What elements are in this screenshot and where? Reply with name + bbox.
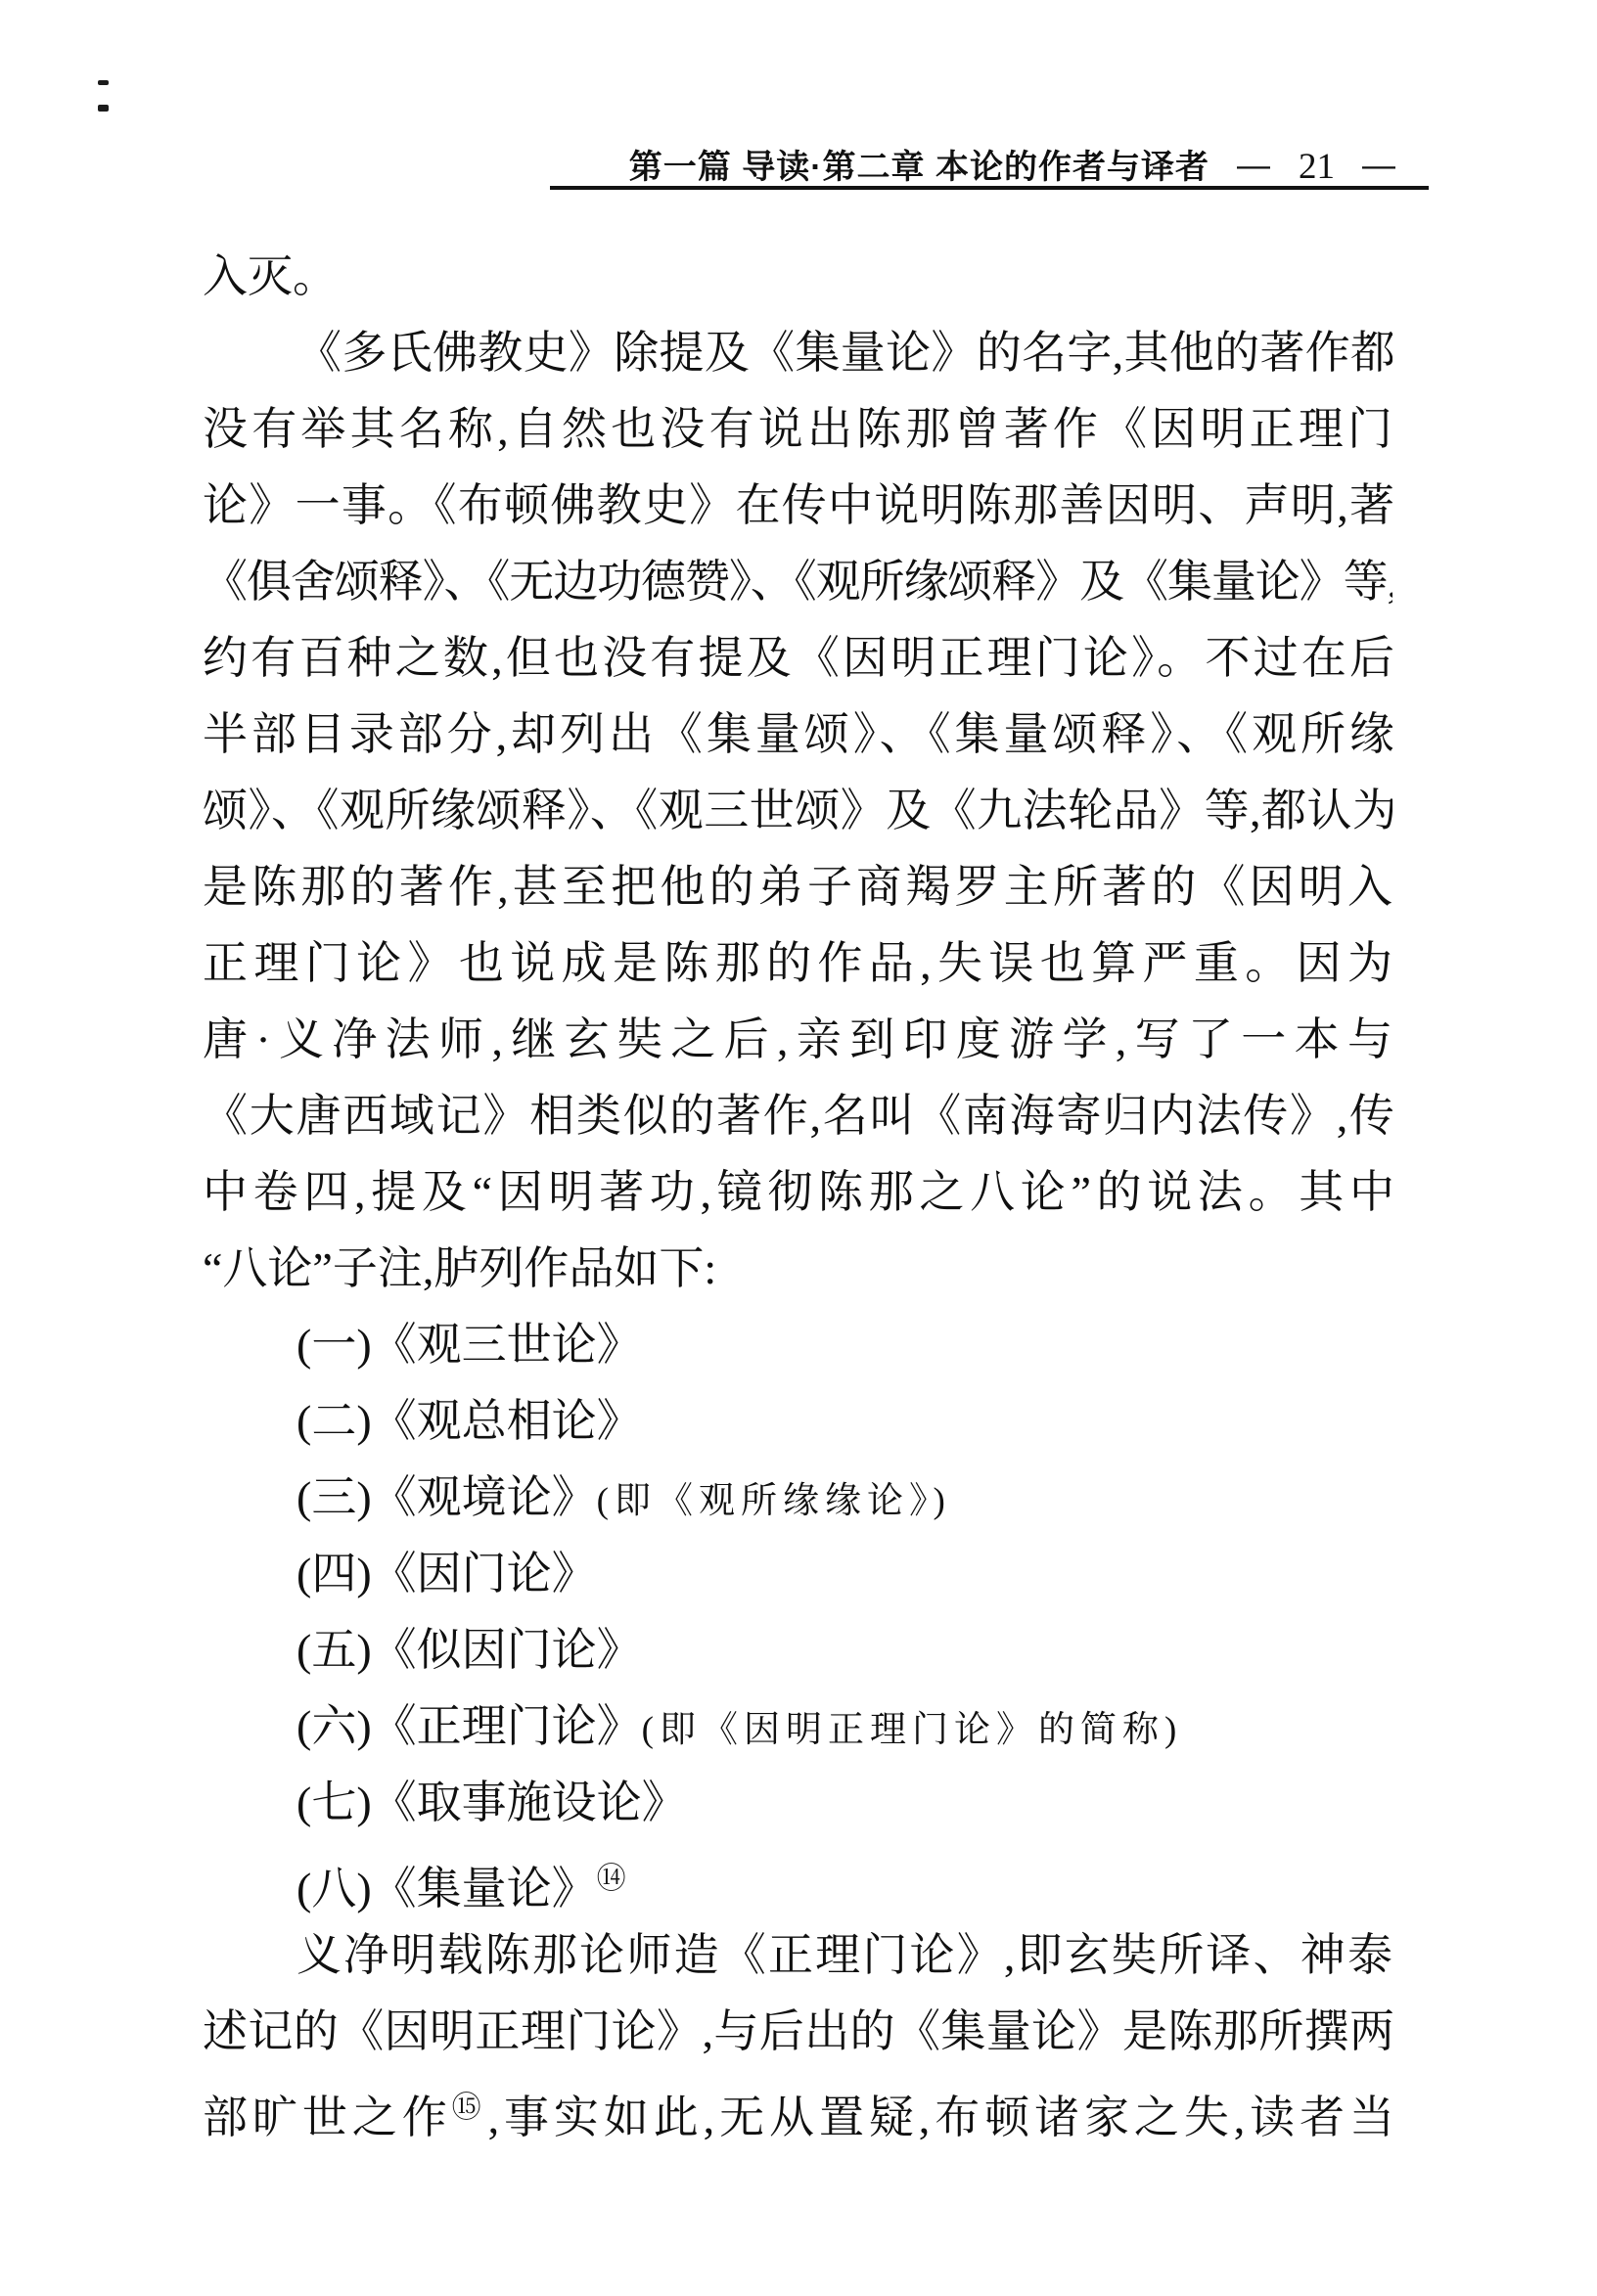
list-item-1: (一)《观三世论》 bbox=[203, 1307, 1392, 1383]
body-line: 论》一事。《布顿佛教史》在传中说明陈那善因明、声明,著 bbox=[203, 468, 1392, 544]
body-line: 正理门论》也说成是陈那的作品,失误也算严重。因为 bbox=[203, 925, 1392, 1002]
text-run: 约有百种之数,但也没有提及《因明正理门论》。不过在后 bbox=[203, 633, 1392, 683]
text-run: 义净明载陈那论师造《正理门论》,即玄奘所译、神泰 bbox=[297, 1930, 1392, 1980]
text-run: 没有举其名称,自然也没有说出陈那曾著作《因明正理门 bbox=[203, 404, 1392, 454]
text-run: 《俱舍颂释》、《无边功德赞》、《观所缘颂释》及《集量论》等, bbox=[203, 557, 1392, 607]
footnote-marker: ⑮ bbox=[452, 2091, 488, 2125]
body-line: 中卷四,提及“因明著功,镜彻陈那之八论”的说法。其中 bbox=[203, 1154, 1392, 1231]
list-item-6: (六)《正理门论》(即《因明正理门论》的简称) bbox=[203, 1688, 1392, 1765]
header-rule bbox=[550, 186, 1429, 190]
text-run: (二)《观总相论》 bbox=[297, 1396, 642, 1446]
text-run: 颂》、《观所缘颂释》、《观三世颂》及《九法轮品》等,都认为 bbox=[203, 786, 1392, 835]
list-item-4: (四)《因门论》 bbox=[203, 1536, 1392, 1612]
list-item-2: (二)《观总相论》 bbox=[203, 1383, 1392, 1460]
text-run: “八论”子注,胪列作品如下: bbox=[203, 1243, 716, 1293]
list-item-5: (五)《似因门论》 bbox=[203, 1612, 1392, 1688]
text-run: 中卷四,提及“因明著功,镜彻陈那之八论”的说法。其中 bbox=[203, 1167, 1392, 1217]
text-run: (即《因明正理门论》的简称) bbox=[642, 1710, 1183, 1750]
body-line: 是陈那的著作,甚至把他的弟子商羯罗主所著的《因明入 bbox=[203, 849, 1392, 925]
list-item-7: (七)《取事施设论》 bbox=[203, 1765, 1392, 1841]
text-run: 是陈那的著作,甚至把他的弟子商羯罗主所著的《因明入 bbox=[203, 862, 1392, 912]
text-run: 唐·义净法师,继玄奘之后,亲到印度游学,写了一本与 bbox=[203, 1014, 1392, 1064]
page-number-dash-right: — bbox=[1362, 147, 1396, 185]
list-item-8: (八)《集量论》⑭ bbox=[203, 1841, 1392, 1917]
body-line: 《大唐西域记》相类似的著作,名叫《南海寄归内法传》,传 bbox=[203, 1078, 1392, 1154]
list-item-3: (三)《观境论》(即《观所缘缘论》) bbox=[203, 1460, 1392, 1536]
scan-speck bbox=[98, 80, 109, 85]
body-line: “八论”子注,胪列作品如下: bbox=[203, 1231, 1392, 1307]
body-line: 义净明载陈那论师造《正理门论》,即玄奘所译、神泰 bbox=[203, 1917, 1392, 1994]
text-run: 正理门论》也说成是陈那的作品,失误也算严重。因为 bbox=[203, 938, 1392, 988]
page-number-dash-left: — bbox=[1237, 147, 1271, 185]
body-line: 《多氏佛教史》除提及《集量论》的名字,其他的著作都 bbox=[203, 315, 1392, 391]
body-line: 入灭。 bbox=[203, 239, 1392, 315]
running-head-title: 第一篇 导读·第二章 本论的作者与译者 bbox=[629, 140, 1209, 188]
text-run: (八)《集量论》 bbox=[297, 1864, 597, 1913]
text-run: 《大唐西域记》相类似的著作,名叫《南海寄归内法传》,传 bbox=[203, 1091, 1392, 1141]
body-line: 述记的《因明正理门论》,与后出的《集量论》是陈那所撰两 bbox=[203, 1994, 1392, 2070]
body-line: 部旷世之作⑮,事实如此,无从置疑,布顿诸家之失,读者当 bbox=[203, 2070, 1392, 2146]
page-number: 21 bbox=[1299, 146, 1335, 188]
body-line: 没有举其名称,自然也没有说出陈那曾著作《因明正理门 bbox=[203, 391, 1392, 468]
text-run: (一)《观三世论》 bbox=[297, 1320, 642, 1370]
text-run: 半部目录部分,却列出《集量颂》、《集量颂释》、《观所缘 bbox=[203, 709, 1392, 759]
body-line: 颂》、《观所缘颂释》、《观三世颂》及《九法轮品》等,都认为 bbox=[203, 773, 1392, 849]
text-run: 部旷世之作 bbox=[203, 2093, 452, 2142]
body-line: 唐·义净法师,继玄奘之后,亲到印度游学,写了一本与 bbox=[203, 1002, 1392, 1078]
body-line: 《俱舍颂释》、《无边功德赞》、《观所缘颂释》及《集量论》等, bbox=[203, 544, 1392, 620]
scan-speck bbox=[98, 105, 109, 112]
text-run: (三)《观境论》 bbox=[297, 1472, 597, 1522]
body-text: 入灭。《多氏佛教史》除提及《集量论》的名字,其他的著作都没有举其名称,自然也没有… bbox=[203, 239, 1392, 2146]
text-run: ,事实如此,无从置疑,布顿诸家之失,读者当 bbox=[488, 2093, 1392, 2142]
text-run: (六)《正理门论》 bbox=[297, 1701, 642, 1751]
page: 第一篇 导读·第二章 本论的作者与译者 — 21 — 入灭。《多氏佛教史》除提及… bbox=[0, 0, 1597, 2296]
text-run: 论》一事。《布顿佛教史》在传中说明陈那善因明、声明,著 bbox=[203, 480, 1392, 530]
text-run: 述记的《因明正理门论》,与后出的《集量论》是陈那所撰两 bbox=[203, 2006, 1392, 2056]
running-head: 第一篇 导读·第二章 本论的作者与译者 — 21 — bbox=[629, 140, 1396, 188]
body-line: 约有百种之数,但也没有提及《因明正理门论》。不过在后 bbox=[203, 620, 1392, 697]
footnote-marker: ⑭ bbox=[597, 1862, 626, 1896]
text-run: 《多氏佛教史》除提及《集量论》的名字,其他的著作都 bbox=[297, 328, 1392, 378]
text-run: (四)《因门论》 bbox=[297, 1549, 597, 1598]
body-line: 半部目录部分,却列出《集量颂》、《集量颂释》、《观所缘 bbox=[203, 697, 1392, 773]
text-run: (七)《取事施设论》 bbox=[297, 1778, 687, 1827]
text-run: 入灭。 bbox=[203, 251, 338, 301]
text-run: (即《观所缘缘论》) bbox=[597, 1481, 951, 1521]
text-run: (五)《似因门论》 bbox=[297, 1625, 642, 1675]
